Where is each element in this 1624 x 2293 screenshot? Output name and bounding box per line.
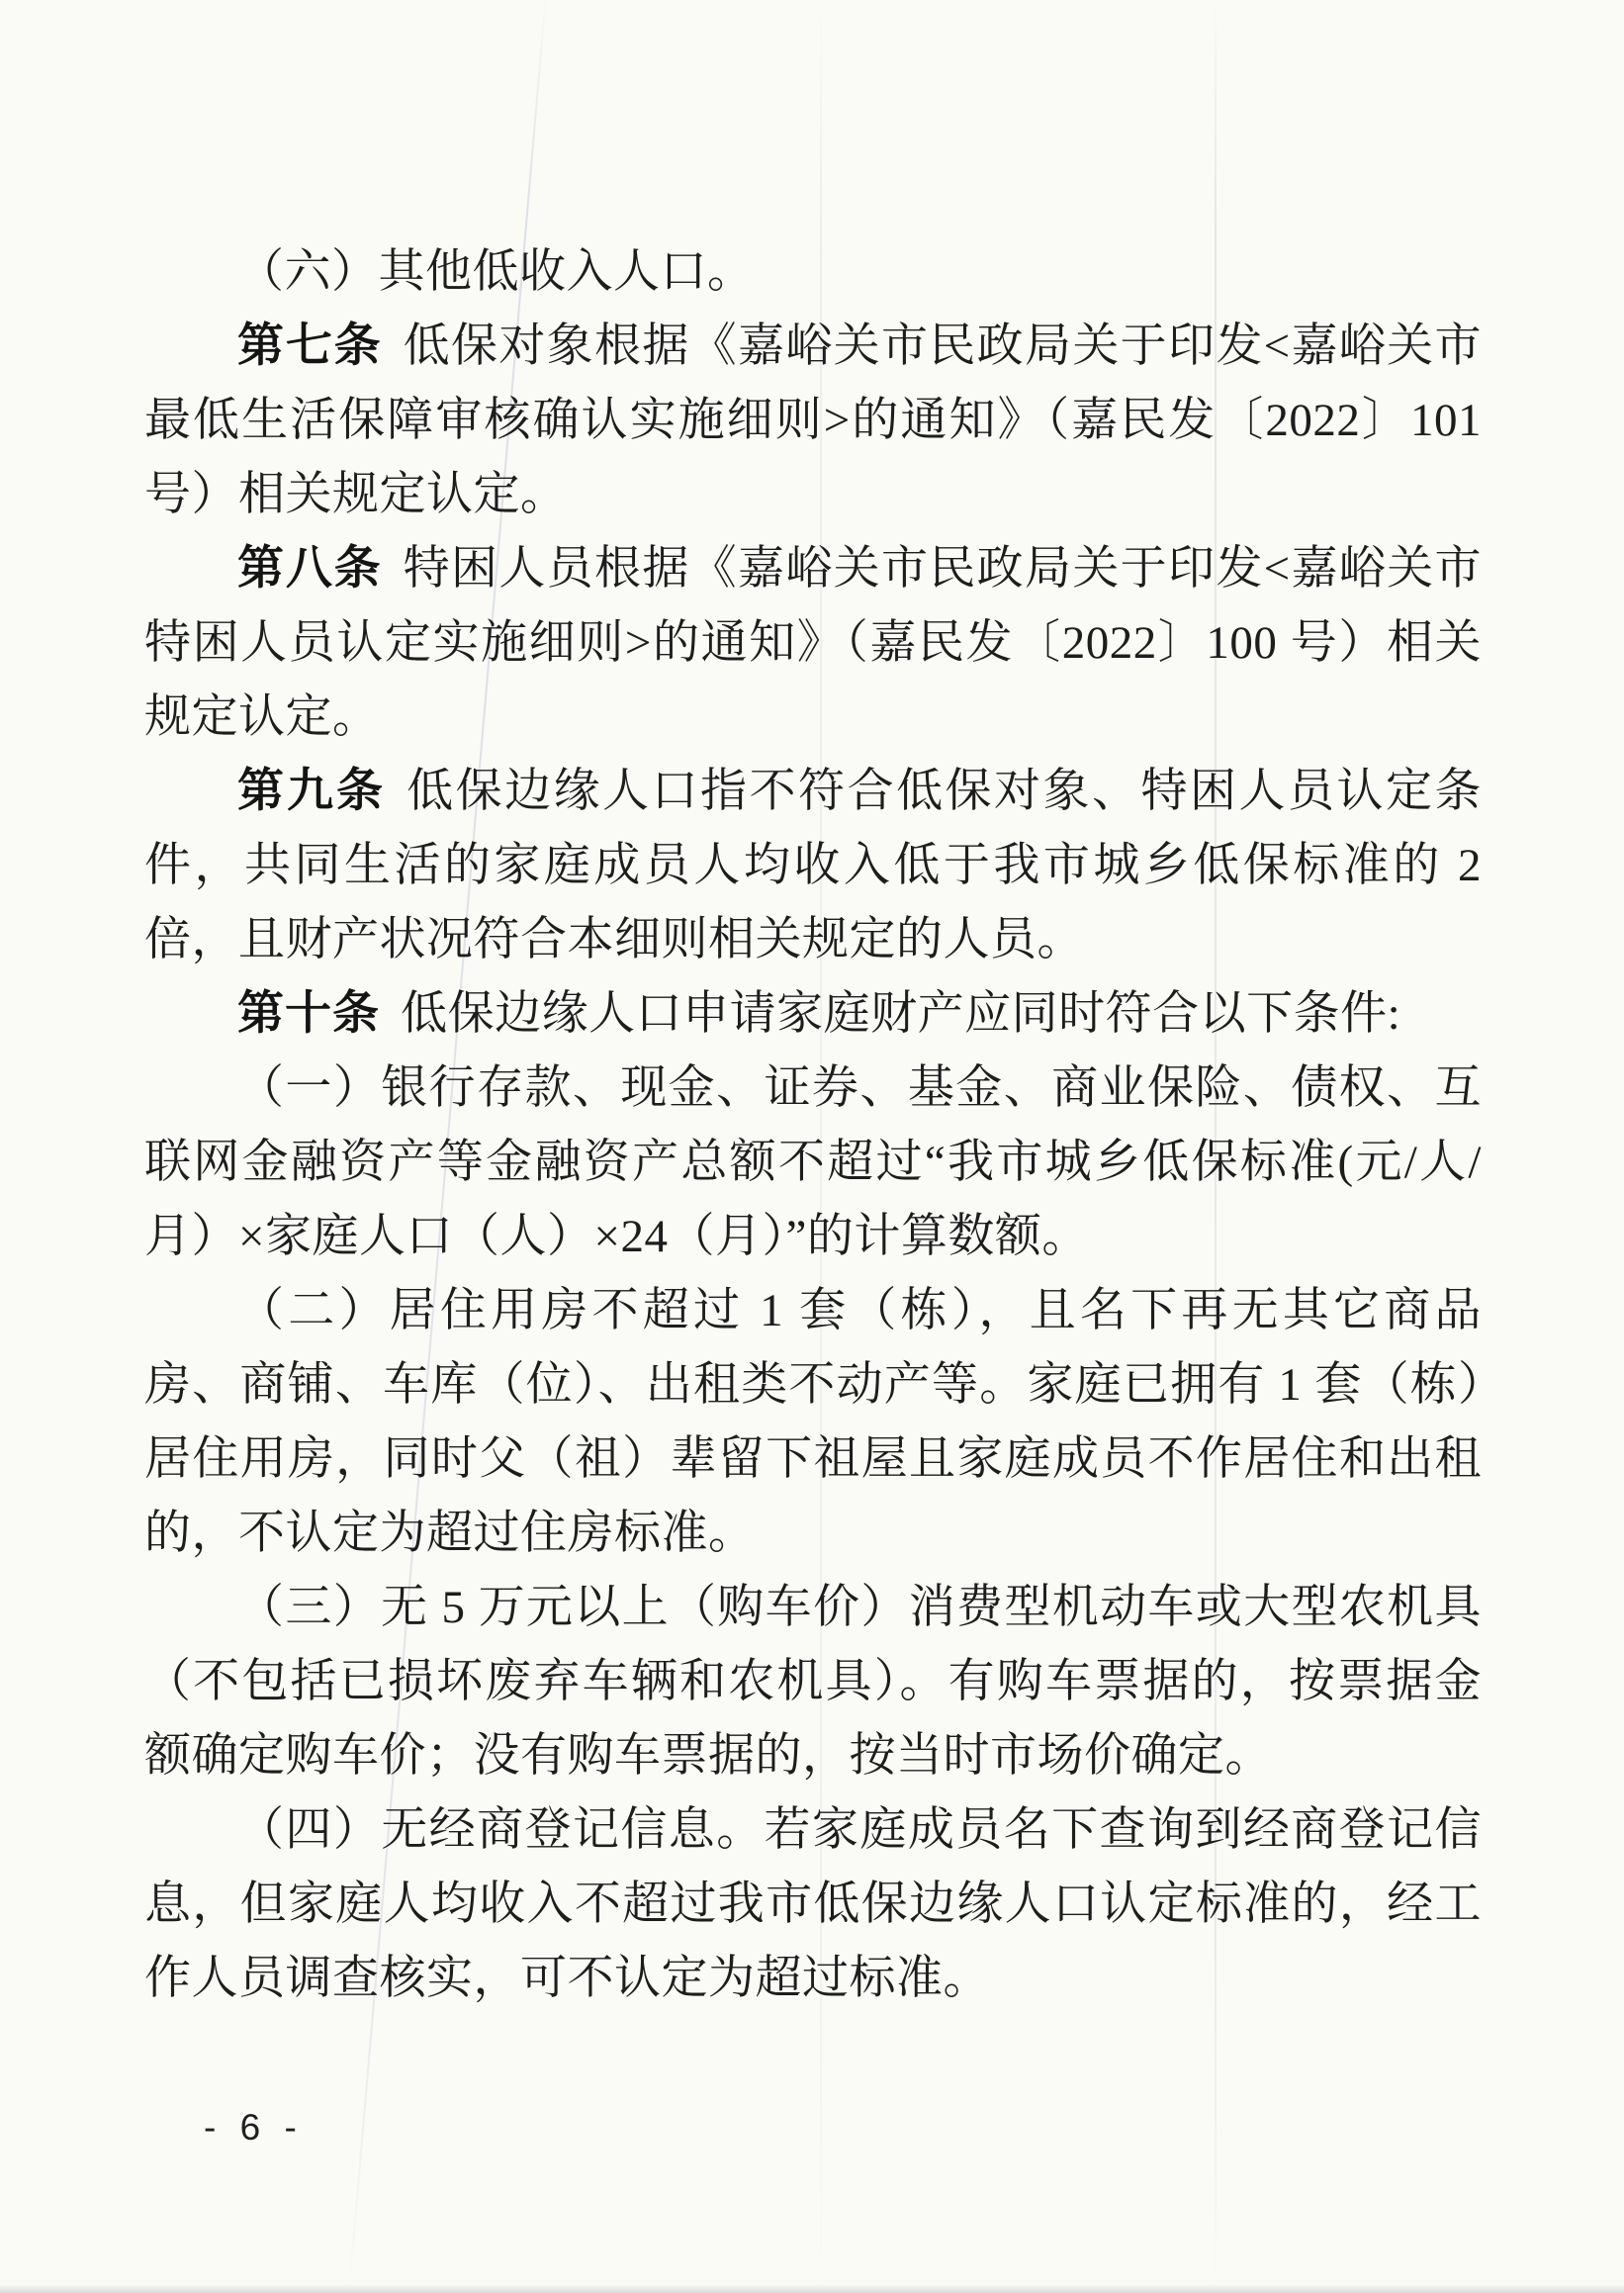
scan-bottom-edge	[0, 2284, 1624, 2293]
article-number: 第十条	[237, 988, 380, 1040]
paragraph-item-3: （三）无 5 万元以上（购车价）消费型机动车或大型农机具（不包括已损坏废弃车辆和…	[144, 1571, 1482, 1793]
paragraph-text: （一）银行存款、现金、证券、基金、商业保险、债权、互联网金融资产等金融资产总额不…	[144, 1062, 1482, 1262]
paragraph-item-6: （六）其他低收入人口。	[144, 235, 1482, 310]
paragraph-item-2: （二）居住用房不超过 1 套（栋），且名下再无其它商品房、商铺、车库（位）、出租…	[144, 1274, 1482, 1571]
paragraph-text: （六）其他低收入人口。	[237, 246, 755, 298]
scanned-document-page: （六）其他低收入人口。 第七条低保对象根据《嘉峪关市民政局关于印发<嘉峪关市最低…	[0, 0, 1624, 2293]
article-number: 第八条	[237, 543, 383, 595]
paragraph-item-1: （一）银行存款、现金、证券、基金、商业保险、债权、互联网金融资产等金融资产总额不…	[144, 1052, 1482, 1274]
article-number: 第七条	[237, 321, 383, 372]
paragraph-article-10: 第十条低保边缘人口申请家庭财产应同时符合以下条件:	[144, 977, 1482, 1052]
paragraph-article-8: 第八条特困人员根据《嘉峪关市民政局关于印发<嘉峪关市特困人员认定实施细则>的通知…	[144, 532, 1482, 755]
paragraph-article-9: 第九条低保边缘人口指不符合低保对象、特困人员认定条件，共同生活的家庭成员人均收入…	[144, 755, 1482, 977]
article-number: 第九条	[237, 766, 386, 817]
paragraph-article-7: 第七条低保对象根据《嘉峪关市民政局关于印发<嘉峪关市最低生活保障审核确认实施细则…	[144, 310, 1482, 532]
paragraph-text: （二）居住用房不超过 1 套（栋），且名下再无其它商品房、商铺、车库（位）、出租…	[144, 1285, 1482, 1559]
page-number: - 6 -	[204, 2107, 304, 2149]
paragraph-text: （三）无 5 万元以上（购车价）消费型机动车或大型农机具（不包括已损坏废弃车辆和…	[144, 1582, 1482, 1782]
paragraph-text: （四）无经商登记信息。若家庭成员名下查询到经商登记信息，但家庭人均收入不超过我市…	[144, 1804, 1482, 2004]
paragraph-item-4: （四）无经商登记信息。若家庭成员名下查询到经商登记信息，但家庭人均收入不超过我市…	[144, 1793, 1482, 2016]
paragraph-text: 低保边缘人口申请家庭财产应同时符合以下条件:	[401, 988, 1400, 1040]
document-body: （六）其他低收入人口。 第七条低保对象根据《嘉峪关市民政局关于印发<嘉峪关市最低…	[144, 235, 1482, 2016]
